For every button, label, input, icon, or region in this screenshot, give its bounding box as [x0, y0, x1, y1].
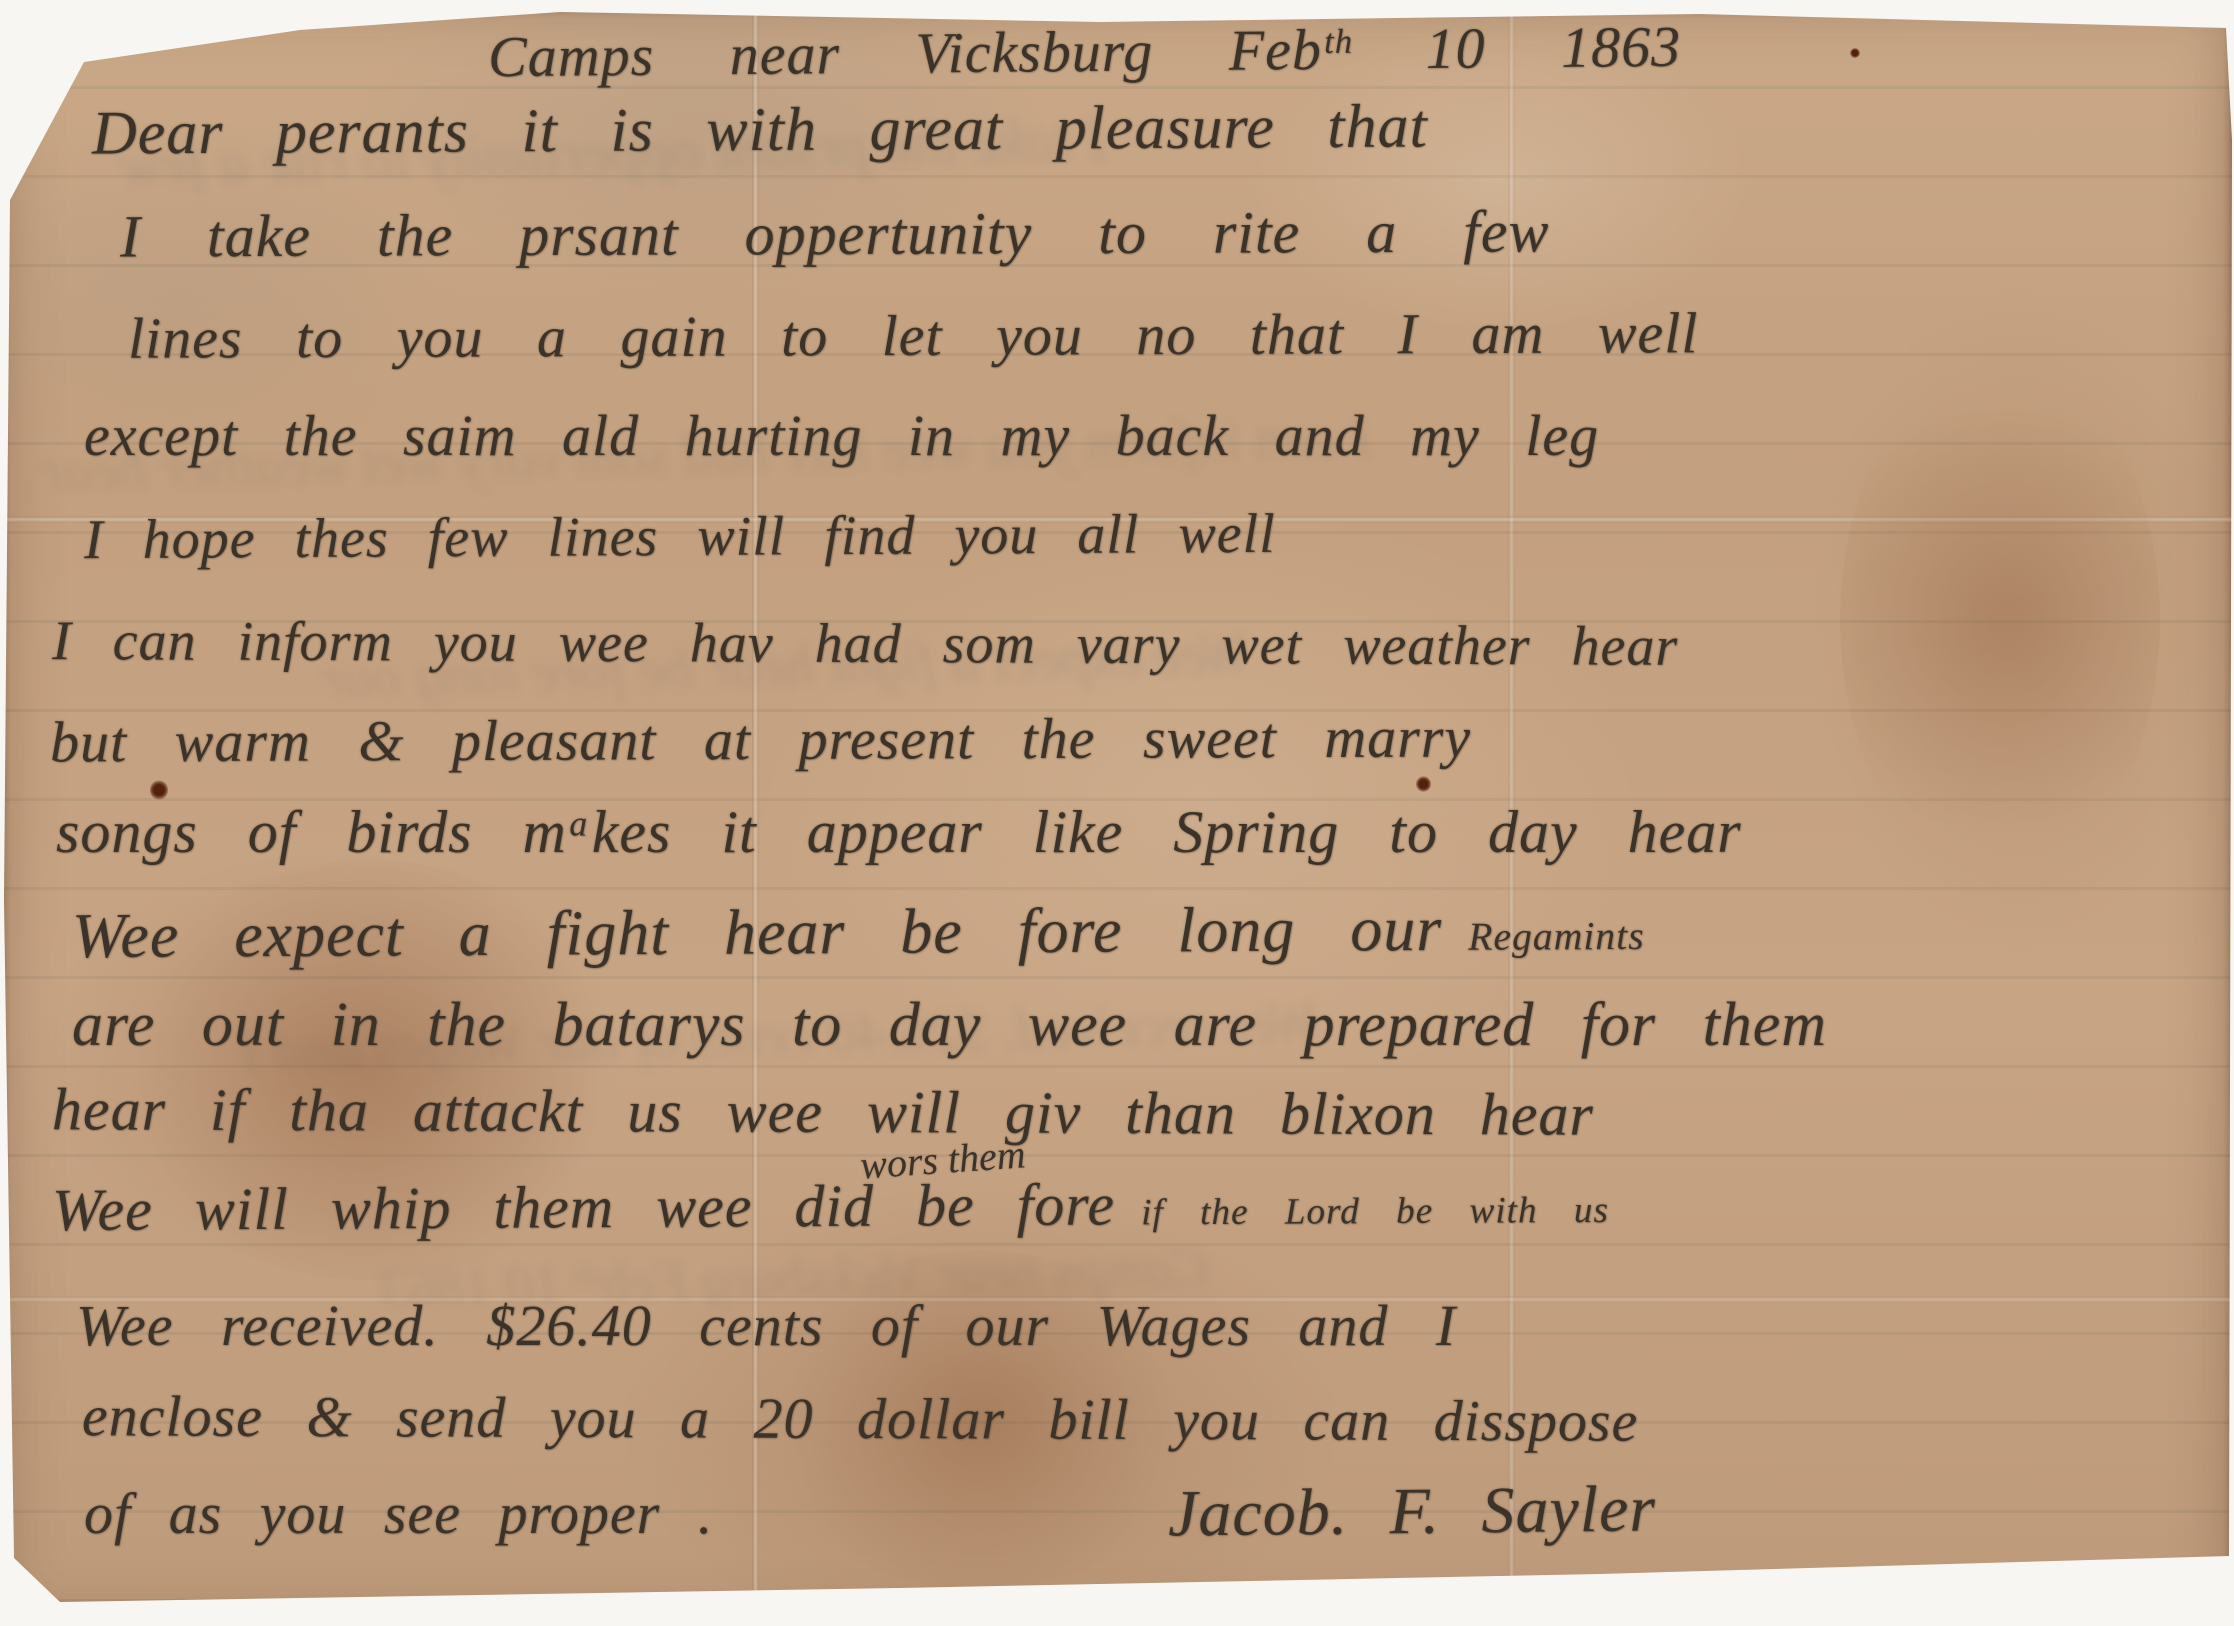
signature: Jacob. F. Sayler [1168, 1471, 1657, 1552]
letter-line-text: Wee will whip them wee did be fore [52, 1172, 1115, 1244]
letter-line: enclose & send you a 20 dollar bill you … [82, 1382, 1639, 1454]
letter-line: Wee expect a fight hear be fore long our… [72, 891, 1645, 973]
letter-line: but warm & pleasant at present the sweet… [50, 704, 1471, 776]
letter-line: except the saim ald hurting in my back a… [84, 402, 1599, 469]
letter-line: I take the prsant oppertunity to rite a … [120, 198, 1550, 272]
ink-speck [150, 780, 168, 800]
letter-line-tail: if the Lord be with us [1141, 1190, 1609, 1233]
letter-line: hear if tha attackt us wee will giv than… [52, 1075, 1594, 1149]
letter-line: I can inform you wee hav had som vary we… [52, 609, 1678, 679]
letter-line: I hope thes few lines will find you all … [84, 502, 1276, 572]
letter-line-tail: Regamints [1468, 914, 1645, 959]
letter-line: Wee will whip them wee did be foreif the… [52, 1168, 1609, 1245]
scanned-letter-page: { "document": { "heading": "Camps near V… [0, 0, 2234, 1626]
letter-line: of as you see proper . [84, 1480, 713, 1547]
ink-speck [1416, 776, 1431, 792]
letter-line: Wee received. $26.40 cents of our Wages … [76, 1292, 1456, 1359]
letter-line: are out in the batarys to day wee are pr… [72, 990, 1827, 1061]
letter-line: songs of birds mᵃkes it appear like Spri… [56, 798, 1742, 867]
stain [1840, 360, 2160, 880]
letter-heading: Camps near Vicksburg Febᵗʰ 10 1863 [488, 13, 1682, 90]
ink-speck [1850, 48, 1860, 58]
letter-line: Dear perants it is with great pleasure t… [92, 92, 1428, 170]
letter-line-text: Wee expect a fight hear be fore long our [72, 893, 1442, 971]
letter-paper: I take the prsant oppertunity to rite a … [0, 0, 2234, 1626]
letter-line: lines to you a gain to let you no that I… [128, 299, 1699, 371]
